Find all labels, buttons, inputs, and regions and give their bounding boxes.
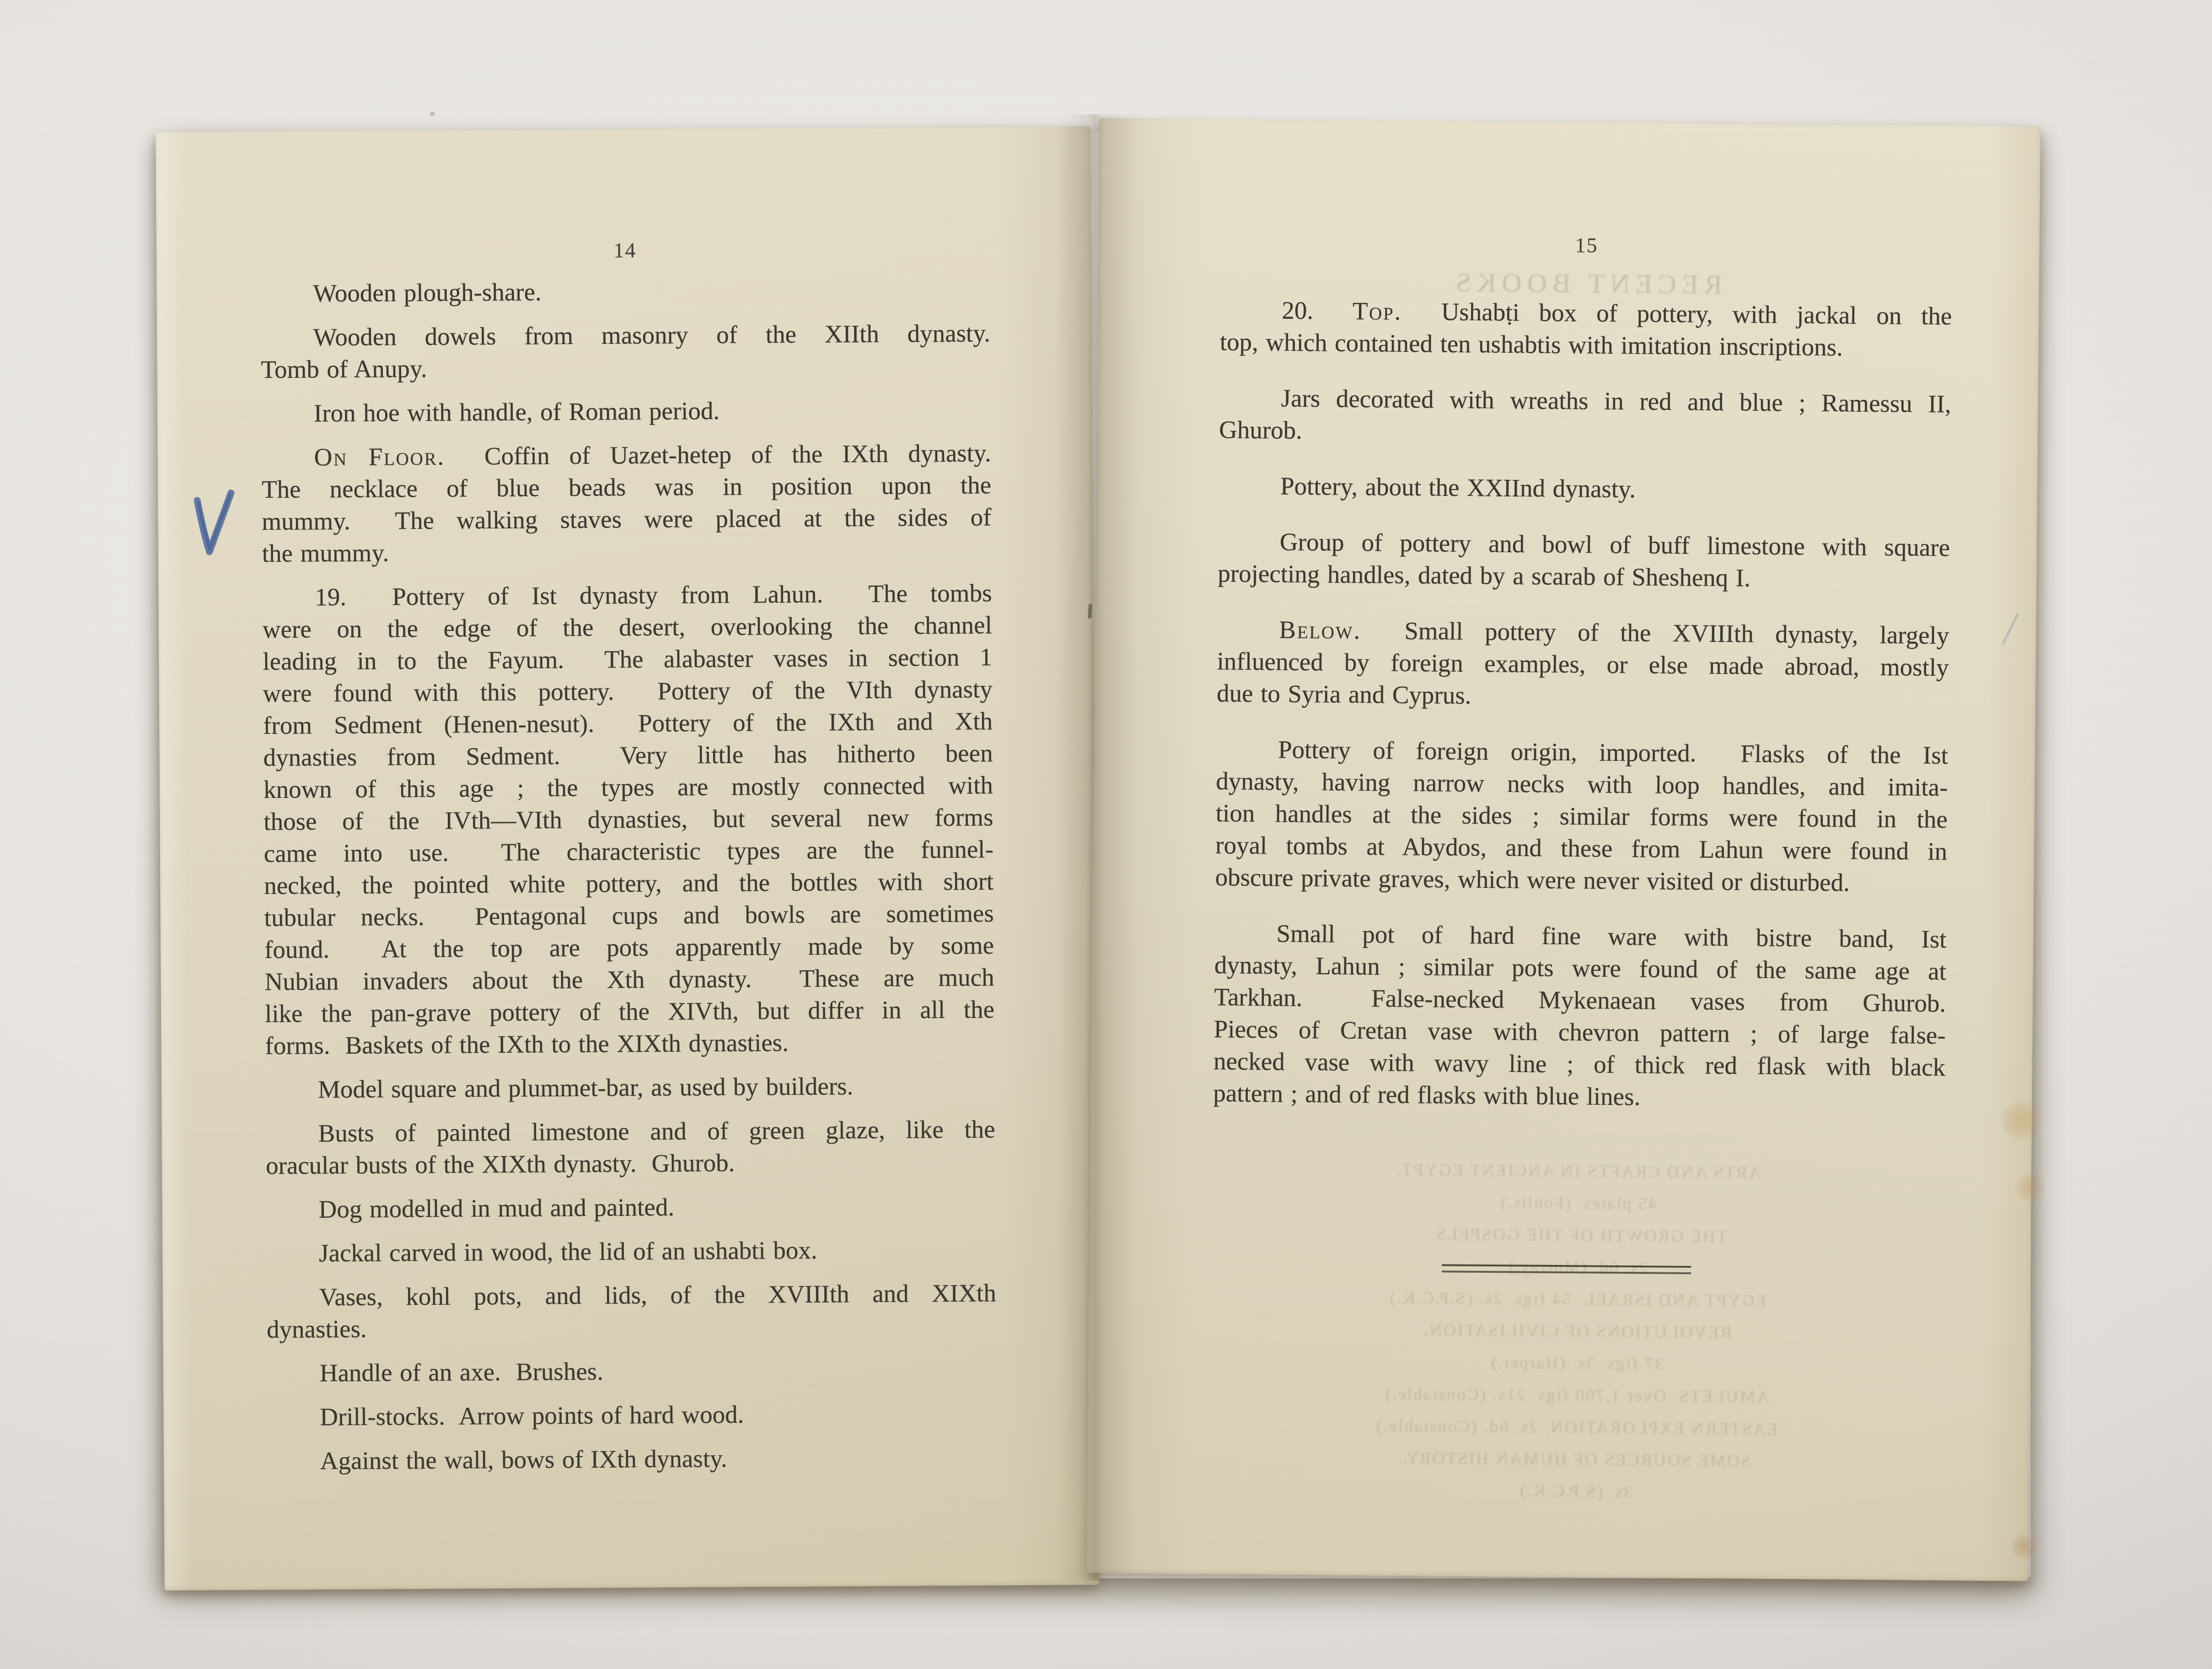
text-run: leading in to the Fayum. The alabaster v… — [263, 643, 992, 675]
text-run: Ushabṭi box of pottery, with jackal on t… — [1402, 297, 1952, 330]
foxing-stain — [2011, 1534, 2037, 1560]
text-run: necked vase with wavy line ; of thick re… — [1213, 1047, 1945, 1081]
text-line: On Floor. Coffin of Uazet-hetep of the I… — [261, 437, 991, 474]
text-line: Busts of painted limestone and of green … — [265, 1113, 995, 1150]
paragraph: Handle of an axe. Brushes. — [267, 1353, 997, 1389]
text-run: Wooden dowels from masonry of the XIIth … — [313, 319, 990, 351]
paragraph: Busts of painted limestone and of green … — [265, 1113, 995, 1182]
text-run: mummy. The walking staves were placed at… — [262, 503, 991, 535]
paragraph: Group of pottery and bowl of buff limest… — [1218, 525, 1950, 596]
dust-speck — [430, 112, 435, 116]
text-run: Iron hoe with handle, of Roman period. — [314, 397, 719, 427]
text-run: Against the wall, bows of IXth dynasty. — [320, 1444, 727, 1475]
paragraph: 20. Top. Ushabṭi box of pottery, with ja… — [1220, 294, 1952, 364]
text-line: the mummy. — [262, 533, 992, 570]
text-line: The necklace of blue beads was in positi… — [262, 469, 991, 506]
text-run: Coffin of Uazet-hetep of the IXth dynast… — [445, 439, 991, 470]
section-divider-rule — [1442, 1264, 1691, 1274]
text-line: oracular busts of the XIXth dynasty. Ghu… — [266, 1145, 995, 1182]
text-line: Wooden dowels from masonry of the XIIth … — [261, 317, 990, 354]
text-run: necked, the pointed white pottery, and t… — [264, 867, 993, 899]
page-15-text: 20. Top. Ushabṭi box of pottery, with ja… — [1213, 294, 1952, 1139]
text-line: Against the wall, bows of IXth dynasty. — [268, 1441, 997, 1477]
paragraph: Drill-stocks. Arrow points of hard wood. — [267, 1397, 997, 1433]
page-14: 14 Wooden plough-share.Wooden dowels fro… — [156, 126, 1099, 1590]
text-run: projecting handles, dated by a scarab of… — [1218, 559, 1750, 592]
paragraph: Below. Small pottery of the XVIIIth dyna… — [1217, 613, 1949, 716]
text-run: Small pot of hard fine ware with bistre … — [1276, 919, 1946, 953]
text-line: Wooden plough-share. — [260, 273, 990, 310]
text-line: pattern ; and of red flasks with blue li… — [1213, 1077, 1945, 1115]
text-run: Vases, kohl pots, and lids, of the XVIII… — [319, 1279, 996, 1311]
text-line: Tomb of Anupy. — [261, 349, 990, 386]
text-line: leading in to the Fayum. The alabaster v… — [263, 641, 992, 678]
text-run: came into use. The characteristic types … — [264, 835, 993, 867]
paragraph: Model square and plummet-bar, as used by… — [265, 1069, 995, 1106]
text-run: Pottery of foreign origin, imported. Fla… — [1278, 736, 1948, 770]
text-run: influenced by foreign examples, or else … — [1217, 647, 1949, 681]
text-run: dynasties from Sedment. Very little has … — [263, 739, 993, 771]
paragraph: Dog modelled in mud and painted. — [266, 1189, 995, 1226]
paragraph: Pottery, about the XXIInd dynasty. — [1219, 469, 1951, 508]
text-run: pattern ; and of red flasks with blue li… — [1213, 1079, 1640, 1110]
show-through-line: 3s. (S.P.C.K.) — [1210, 1472, 1942, 1511]
text-run: Tomb of Anupy. — [261, 355, 427, 383]
text-run: Busts of painted limestone and of green … — [318, 1115, 995, 1147]
foxing-stain — [2015, 1173, 2046, 1202]
paragraph: Pottery of foreign origin, imported. Fla… — [1215, 733, 1948, 899]
text-run: Tarkhan. False-necked Mykenaean vases fr… — [1214, 983, 1946, 1017]
text-run: known of this age ; the types are mostly… — [263, 771, 993, 803]
text-run: like the pan-grave pottery of the XIVth,… — [265, 995, 994, 1028]
paragraph: Small pot of hard fine ware with bistre … — [1213, 917, 1947, 1115]
text-run: 19. Pottery of Ist dynasty from Lahun. T… — [315, 579, 992, 611]
paragraph: Wooden plough-share. — [260, 273, 990, 310]
paragraph: Against the wall, bows of IXth dynasty. — [268, 1441, 997, 1477]
text-run: were found with this pottery. Pottery of… — [263, 675, 993, 707]
text-line: were found with this pottery. Pottery of… — [263, 673, 993, 710]
photographed-open-booklet: 14 Wooden plough-share.Wooden dowels fro… — [0, 0, 2212, 1669]
text-line: obscure private graves, which were never… — [1215, 861, 1947, 899]
paragraph: Jackal carved in wood, the lid of an ush… — [266, 1233, 996, 1270]
text-line: Jars decorated with wreaths in red and b… — [1219, 382, 1951, 420]
text-run: oracular busts of the XIXth dynasty. Ghu… — [266, 1149, 735, 1179]
small-caps-run: Top. — [1353, 297, 1402, 325]
text-line: mummy. The walking staves were placed at… — [262, 501, 991, 538]
text-line: forms. Baskets of the IXth to the XIXth … — [265, 1025, 994, 1062]
text-line: known of this age ; the types are mostly… — [263, 769, 993, 806]
page-14-text: Wooden plough-share.Wooden dowels from m… — [260, 273, 997, 1489]
text-run: from Sedment (Henen-nesut). Pottery of t… — [263, 707, 993, 739]
text-run: Jackal carved in wood, the lid of an ush… — [319, 1236, 817, 1267]
text-run: due to Syria and Cyprus. — [1217, 679, 1471, 709]
paragraph: On Floor. Coffin of Uazet-hetep of the I… — [261, 437, 992, 570]
text-run: Wooden plough-share. — [313, 278, 542, 307]
text-line: were on the edge of the desert, overlook… — [263, 609, 992, 646]
text-line: Jackal carved in wood, the lid of an ush… — [266, 1233, 996, 1270]
text-run: Jars decorated with wreaths in red and b… — [1281, 384, 1951, 418]
text-run: forms. Baskets of the IXth to the XIXth … — [265, 1028, 789, 1060]
text-line: due to Syria and Cyprus. — [1217, 677, 1949, 716]
text-run: Pottery, about the XXIInd dynasty. — [1280, 472, 1636, 503]
text-line: necked, the pointed white pottery, and t… — [264, 865, 993, 902]
page-number-14: 14 — [260, 236, 990, 264]
text-run: The necklace of blue beads was in positi… — [262, 471, 991, 503]
paragraph: Iron hoe with handle, of Roman period. — [261, 393, 991, 430]
text-line: found. At the top are pots apparently ma… — [264, 929, 994, 966]
text-run: dynasties. — [267, 1315, 367, 1343]
text-run: Group of pottery and bowl of buff limest… — [1280, 528, 1950, 562]
text-line: Model square and plummet-bar, as used by… — [265, 1069, 995, 1106]
show-through-book-list: ARTS AND CRAFTS IN ANCIENT EGYPT.45 plat… — [1210, 1152, 1945, 1511]
text-run: 20. — [1282, 296, 1353, 325]
text-run: Dog modelled in mud and painted. — [318, 1193, 674, 1223]
text-run: Pieces of Cretan vase with chevron patte… — [1213, 1015, 1945, 1049]
text-line: like the pan-grave pottery of the XIVth,… — [265, 993, 994, 1030]
text-run: the mummy. — [262, 538, 389, 567]
page-15: RECENT BOOKS ARTS AND CRAFTS IN ANCIENT … — [1086, 118, 2040, 1581]
checkmark-annotation — [193, 488, 235, 562]
text-run: Handle of an axe. Brushes. — [320, 1357, 603, 1387]
text-run: top, which contained ten ushabtis with i… — [1220, 328, 1843, 361]
text-line: 19. Pottery of Ist dynasty from Lahun. T… — [262, 577, 992, 614]
text-run: Nubian invaders about the Xth dynasty. T… — [264, 963, 994, 996]
text-line: projecting handles, dated by a scarab of… — [1218, 557, 1950, 596]
paragraph: Vases, kohl pots, and lids, of the XVIII… — [267, 1277, 997, 1346]
text-run: Drill-stocks. Arrow points of hard wood. — [320, 1400, 744, 1431]
text-run: Model square and plummet-bar, as used by… — [318, 1072, 854, 1103]
text-run: royal tombs at Abydos, and these from La… — [1215, 831, 1947, 865]
text-run: found. At the top are pots apparently ma… — [264, 931, 994, 964]
text-line: dynasties from Sedment. Very little has … — [263, 737, 993, 774]
page-number-15: 15 — [1221, 230, 1953, 260]
text-line: Dog modelled in mud and painted. — [266, 1189, 995, 1226]
text-line: top, which contained ten ushabtis with i… — [1220, 326, 1952, 364]
text-line: tubular necks. Pentagonal cups and bowls… — [264, 897, 994, 934]
small-caps-run: On Floor. — [314, 442, 445, 471]
text-run: obscure private graves, which were never… — [1215, 863, 1850, 896]
text-run: tubular necks. Pentagonal cups and bowls… — [264, 899, 994, 931]
text-line: came into use. The characteristic types … — [264, 833, 993, 870]
text-run: were on the edge of the desert, overlook… — [263, 611, 992, 643]
text-line: Iron hoe with handle, of Roman period. — [261, 393, 991, 430]
text-run: those of the IVth—VIth dynasties, but se… — [263, 803, 993, 835]
text-line: Vases, kohl pots, and lids, of the XVIII… — [267, 1277, 996, 1314]
pencil-streak — [2002, 613, 2019, 644]
foxing-stain — [2001, 1100, 2042, 1140]
text-run: tion handles at the sides ; similar form… — [1216, 799, 1948, 833]
text-run: dynasty, having narrow necks with loop h… — [1216, 767, 1948, 801]
text-run: Small pottery of the XVIIIth dynasty, la… — [1361, 616, 1949, 649]
paragraph: Wooden dowels from masonry of the XIIth … — [261, 317, 991, 386]
small-caps-run: Below. — [1279, 616, 1361, 645]
text-line: Drill-stocks. Arrow points of hard wood. — [267, 1397, 997, 1433]
text-line: Nubian invaders about the Xth dynasty. T… — [264, 961, 994, 998]
text-run: dynasty, Lahun ; similar pots were found… — [1214, 951, 1946, 985]
text-line: dynasties. — [267, 1309, 996, 1346]
text-line: Handle of an axe. Brushes. — [267, 1353, 997, 1389]
text-line: those of the IVth—VIth dynasties, but se… — [263, 801, 993, 838]
text-line: from Sedment (Henen-nesut). Pottery of t… — [263, 705, 993, 742]
paragraph: 19. Pottery of Ist dynasty from Lahun. T… — [262, 577, 994, 1062]
text-line: Pottery, about the XXIInd dynasty. — [1219, 469, 1951, 508]
paragraph: Jars decorated with wreaths in red and b… — [1219, 382, 1951, 452]
text-line: Ghurob. — [1219, 414, 1951, 452]
text-run: Ghurob. — [1219, 415, 1302, 444]
